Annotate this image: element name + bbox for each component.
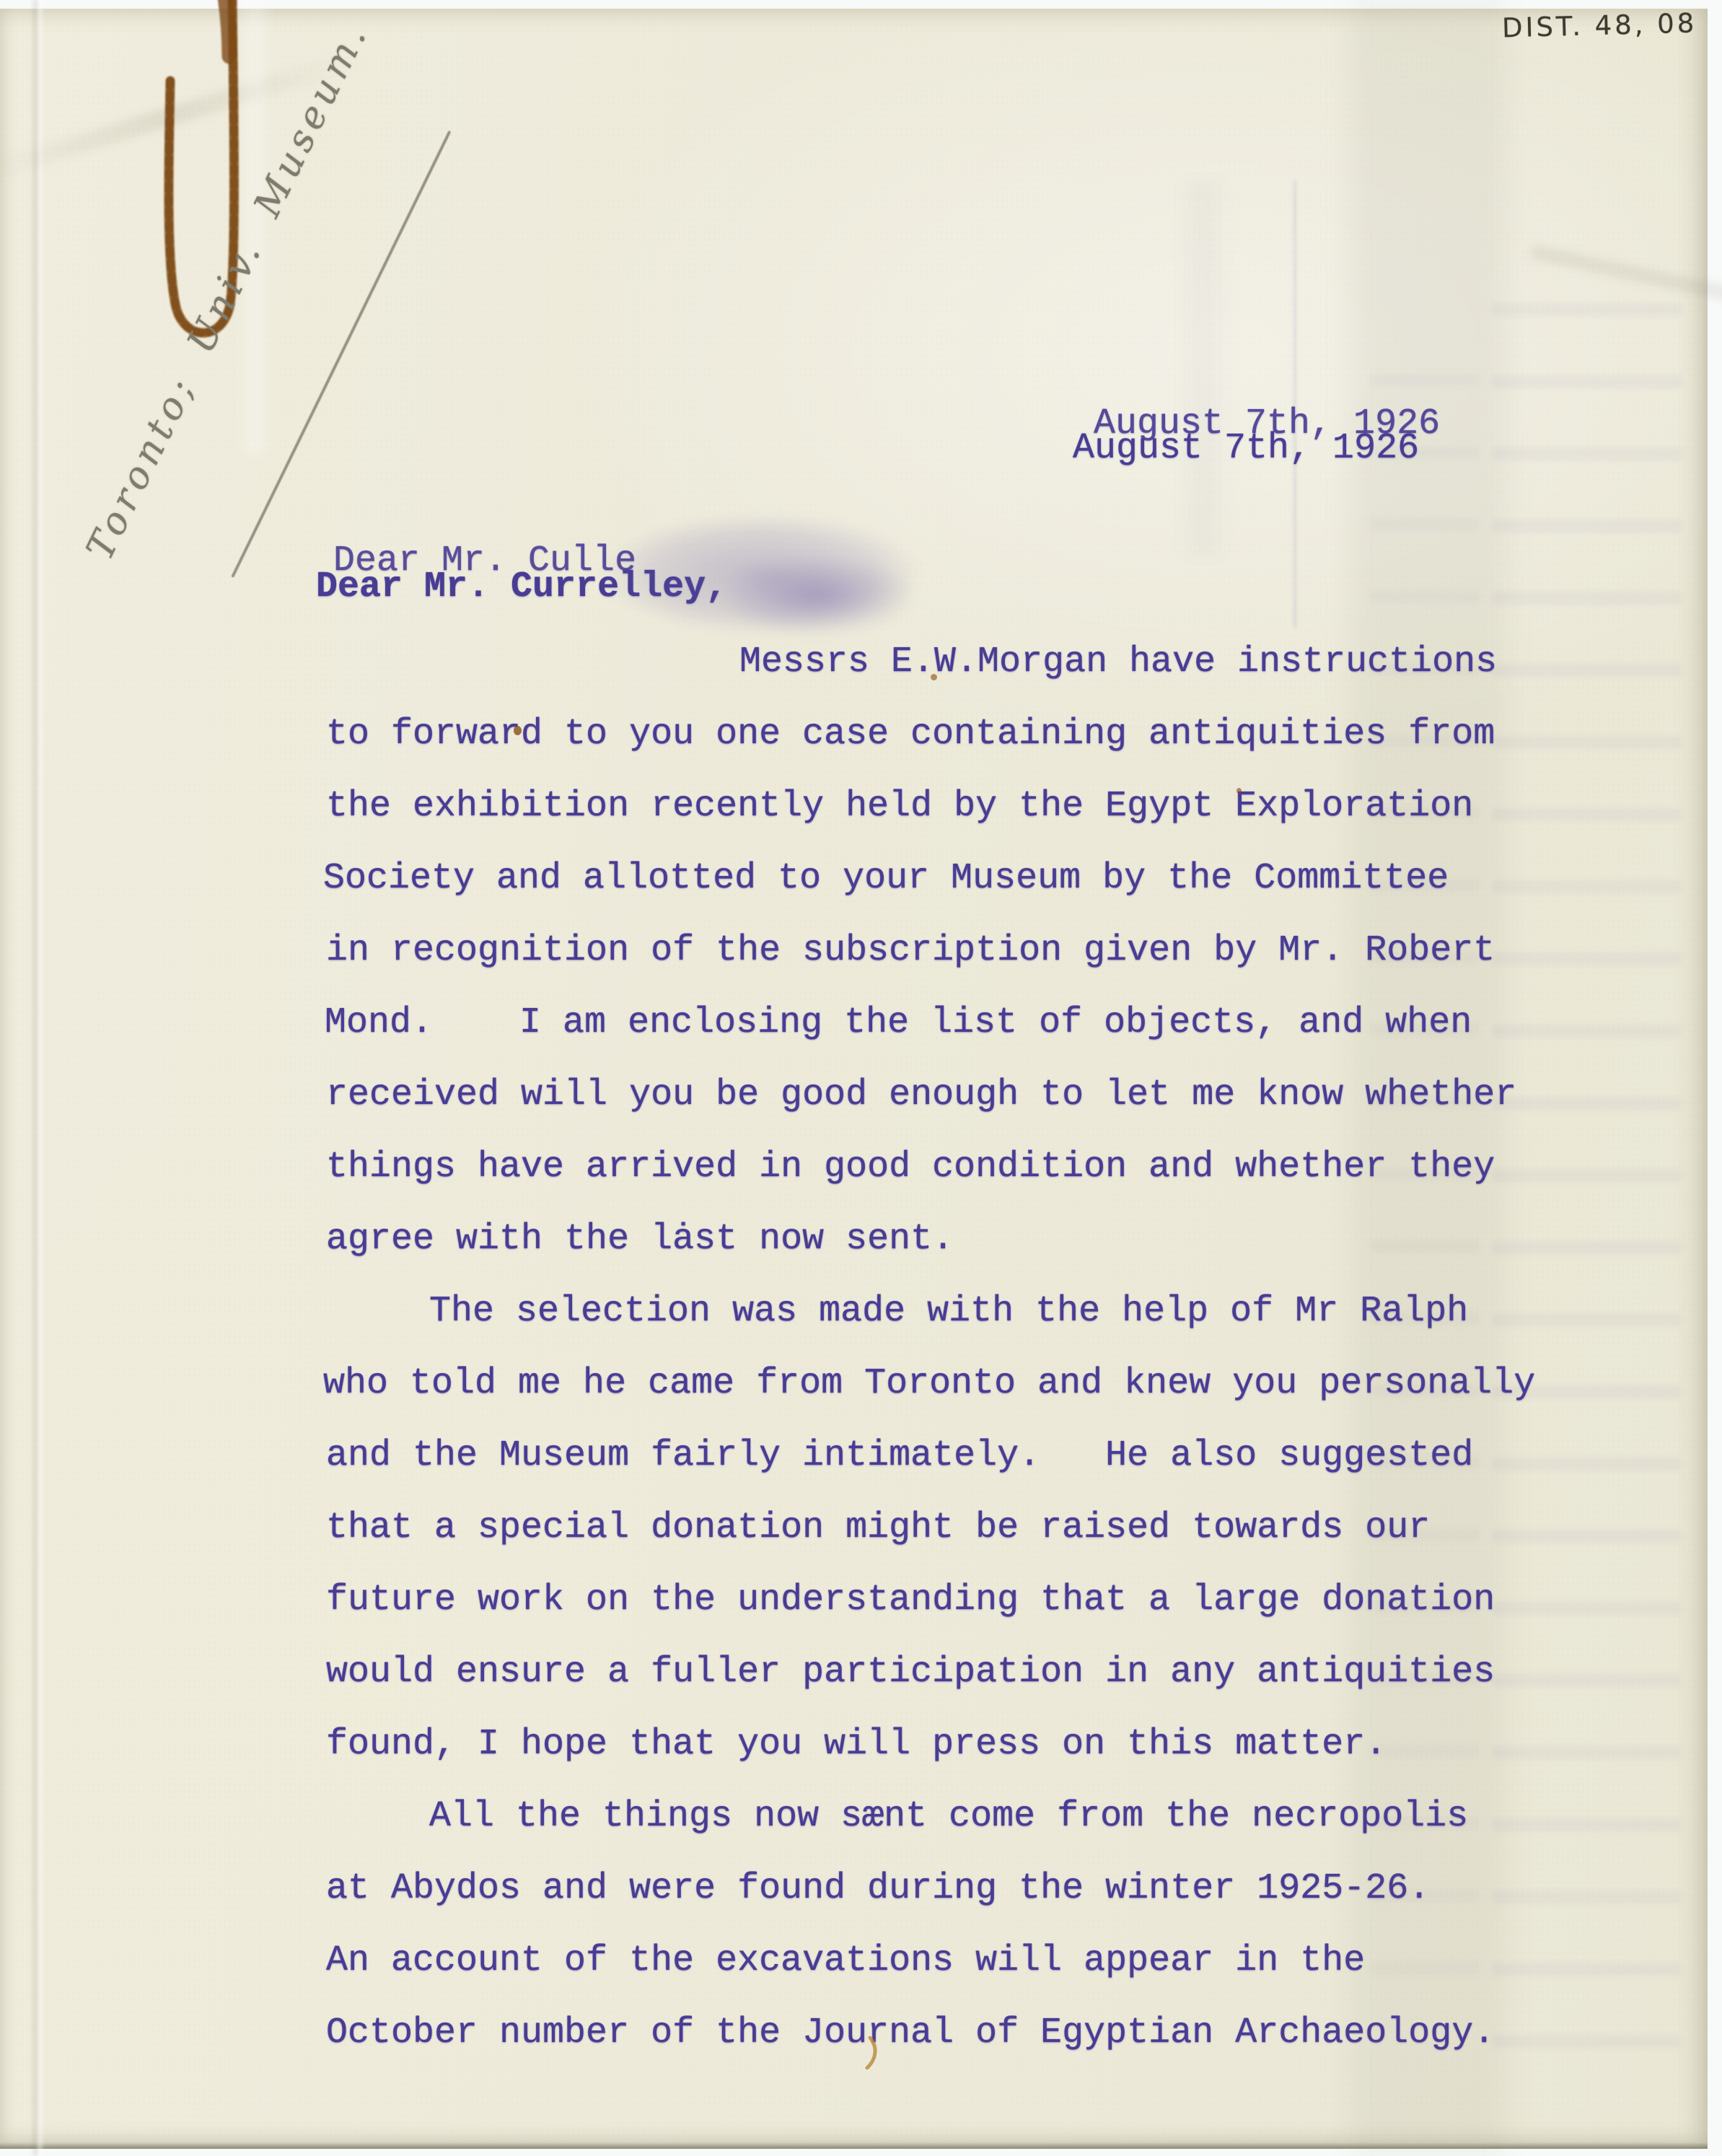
letter-body-line: the exhibition recently held by the Egyp…	[0, 786, 1722, 859]
letter-body-line: Society and allotted to your Museum by t…	[0, 859, 1722, 931]
letter-body-line: at Abydos and were found during the wint…	[0, 1869, 1722, 1941]
letter-body-line: received will you be good enough to let …	[0, 1075, 1722, 1147]
rust-speck	[514, 726, 522, 735]
letter-body-line: would ensure a fuller participation in a…	[0, 1652, 1722, 1725]
letter-body-line: who told me he came from Toronto and kne…	[0, 1364, 1722, 1436]
letter-body-line: All the things now sænt come from the ne…	[0, 1797, 1722, 1869]
letter-body-line: found, I hope that you will press on thi…	[0, 1725, 1722, 1797]
letter-body-line: that a special donation might be raised …	[0, 1508, 1722, 1580]
letter-body-line: to forward to you one case containing an…	[0, 714, 1722, 786]
letter-body-line: agree with the lȧst now sent.	[0, 1219, 1722, 1292]
letter-body-line: future work on the understanding that a …	[0, 1580, 1722, 1652]
letter-body-line: Messrs E.W.Morgan have instructions	[0, 642, 1722, 714]
letter-body-line: October number of the Journal of Egyptia…	[0, 2013, 1722, 2085]
letter-body-line: and the Museum fairly intimately. He als…	[0, 1436, 1722, 1508]
rust-speck	[1236, 788, 1242, 794]
rust-fiber-curl	[863, 2036, 882, 2069]
letter-body-line: The selection was made with the help of …	[0, 1292, 1722, 1364]
letter-body-line: in recognition of the subscription given…	[0, 931, 1722, 1003]
scanned-letter-page: Toronto; Univ. Museum. DIST. 48, 08 Augu…	[0, 0, 1722, 2156]
letter-body-line: An account of the excavations will appea…	[0, 1941, 1722, 2013]
archive-reference-number: DIST. 48, 08	[1501, 7, 1697, 43]
rust-speck	[931, 674, 937, 680]
salutation: Dear Mr. Currelley,	[316, 567, 727, 608]
letter-body-line: things have arrived in good condition an…	[0, 1147, 1722, 1219]
letter-body: Messrs E.W.Morgan have instructionsto fo…	[0, 642, 1722, 2085]
date-line: August 7th, 1926	[1073, 429, 1419, 469]
letter-body-line: Mond. I am enclosing the list of objects…	[0, 1003, 1722, 1075]
